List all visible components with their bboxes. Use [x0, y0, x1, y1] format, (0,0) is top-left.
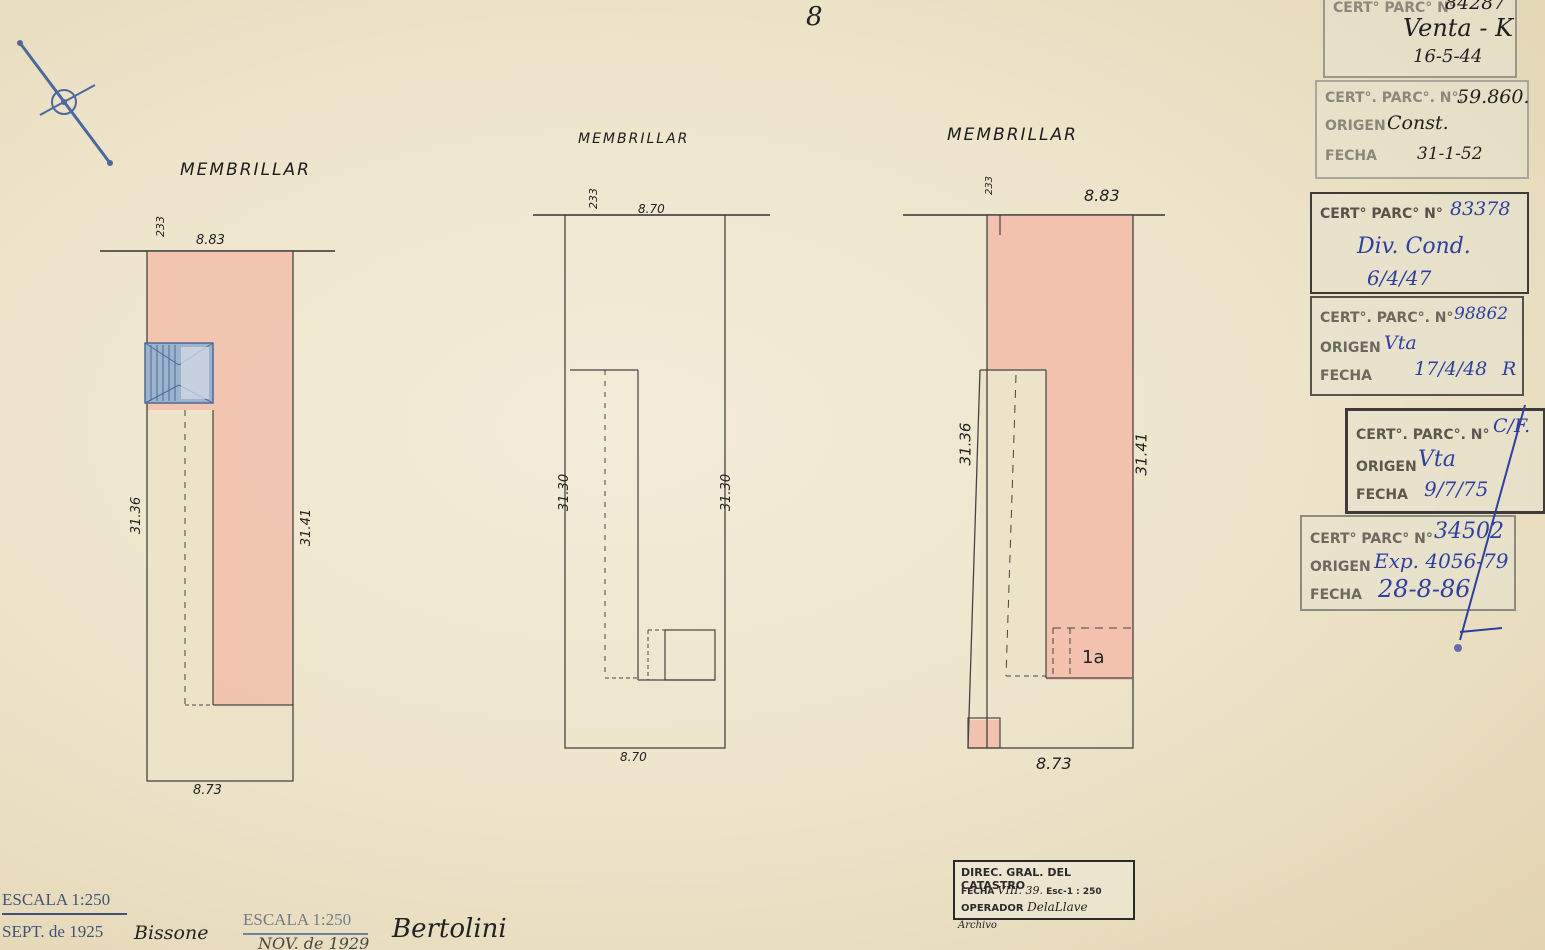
- cert-stamp-1: CERT° PARC° N° 84287 Venta - K 16-5-44: [1323, 0, 1517, 78]
- page-number: 8: [806, 2, 823, 32]
- origen-label: ORIGEN: [1356, 459, 1417, 475]
- fecha-label: FECHA: [1356, 487, 1408, 503]
- cert-label: CERT° PARC° N°: [1320, 206, 1443, 222]
- origen-value: Div. Cond.: [1357, 234, 1471, 259]
- origen-label: ORIGEN: [1320, 340, 1381, 356]
- cert-value: 84287: [1445, 0, 1505, 14]
- offset-label: 233: [587, 188, 600, 209]
- cert-label: CERT°. PARC°. N°: [1320, 310, 1454, 326]
- fecha-value: VIII. 39.: [998, 884, 1043, 897]
- drafter-signature: Bertolini: [392, 914, 507, 944]
- left-side-label: 31.36: [129, 497, 144, 534]
- operador-label: OPERADOR: [961, 903, 1024, 914]
- fecha-value: 16-5-44: [1413, 46, 1482, 67]
- fecha-label: FECHA: [961, 887, 994, 897]
- origen-value: Vta: [1384, 332, 1417, 354]
- origen-value: Venta - K: [1403, 14, 1513, 42]
- date-label: NOV. de 1929: [258, 934, 369, 950]
- left-side-label: 31.36: [956, 423, 974, 466]
- fecha-label: FECHA: [1325, 148, 1377, 164]
- scale-label: ESCALA 1:250: [2, 890, 110, 910]
- initial: R: [1502, 358, 1516, 380]
- fecha-value: 6/4/47: [1367, 266, 1431, 290]
- origen-label: ORIGEN: [1310, 559, 1371, 575]
- scale-label: Esc-1 : 250: [1046, 887, 1102, 897]
- archive-signature: Archivo: [958, 920, 997, 931]
- left-side-label: 31.30: [557, 474, 572, 511]
- rear-width-label: 8.73: [1036, 754, 1072, 773]
- compass-rose-icon: [10, 35, 120, 175]
- scale-underline: [2, 913, 127, 915]
- street-label: MEMBRILLAR: [180, 160, 311, 180]
- cert-stamp-3: CERT° PARC° N° 83378 Div. Cond. 6/4/47: [1310, 192, 1529, 294]
- rear-width-label: 8.73: [193, 783, 222, 798]
- fecha-value: 31-1-52: [1417, 144, 1483, 164]
- cert-value: 98862: [1454, 304, 1508, 324]
- rear-width-label: 8.70: [620, 750, 647, 764]
- catastro-stamp: DIREC. GRAL. DEL CATASTRO FECHA VIII. 39…: [953, 860, 1135, 920]
- cert-label: CERT°. PARC°. N°.: [1325, 90, 1464, 106]
- operador-value: DelaLlave: [1027, 900, 1088, 914]
- pen-strike-marks: [1440, 400, 1540, 660]
- cert-label: CERT° PARC° N°: [1310, 531, 1433, 547]
- scale-label: ESCALA 1:250: [243, 910, 351, 930]
- drafter-signature: Bissone: [134, 922, 208, 944]
- right-side-label: 31.41: [1132, 433, 1150, 476]
- cert-value: 83378: [1450, 198, 1510, 220]
- fecha-value: 17/4/48: [1414, 358, 1487, 380]
- unit-label: 1a: [1082, 647, 1104, 668]
- cert-stamp-2: CERT°. PARC°. N°. 59.860. ORIGEN Const. …: [1315, 80, 1529, 179]
- fecha-label: FECHA: [1320, 368, 1372, 384]
- cert-stamp-4: CERT°. PARC°. N° 98862 ORIGEN Vta FECHA …: [1310, 296, 1524, 396]
- right-side-label: 31.41: [299, 509, 314, 546]
- origen-label: ORIGEN: [1325, 118, 1386, 134]
- offset-label: 233: [984, 176, 995, 195]
- origen-value: Const.: [1387, 112, 1449, 134]
- fecha-label: FECHA: [1310, 587, 1362, 603]
- parcel-drawing: [900, 210, 1170, 755]
- date-label: SEPT. de 1925: [2, 922, 103, 942]
- offset-label: 233: [154, 216, 167, 237]
- front-width-label: 8.83: [1084, 186, 1120, 205]
- cert-value: 59.860.: [1457, 86, 1530, 108]
- street-label: MEMBRILLAR: [578, 131, 689, 147]
- right-side-label: 31.30: [719, 474, 734, 511]
- street-label: MEMBRILLAR: [947, 125, 1078, 145]
